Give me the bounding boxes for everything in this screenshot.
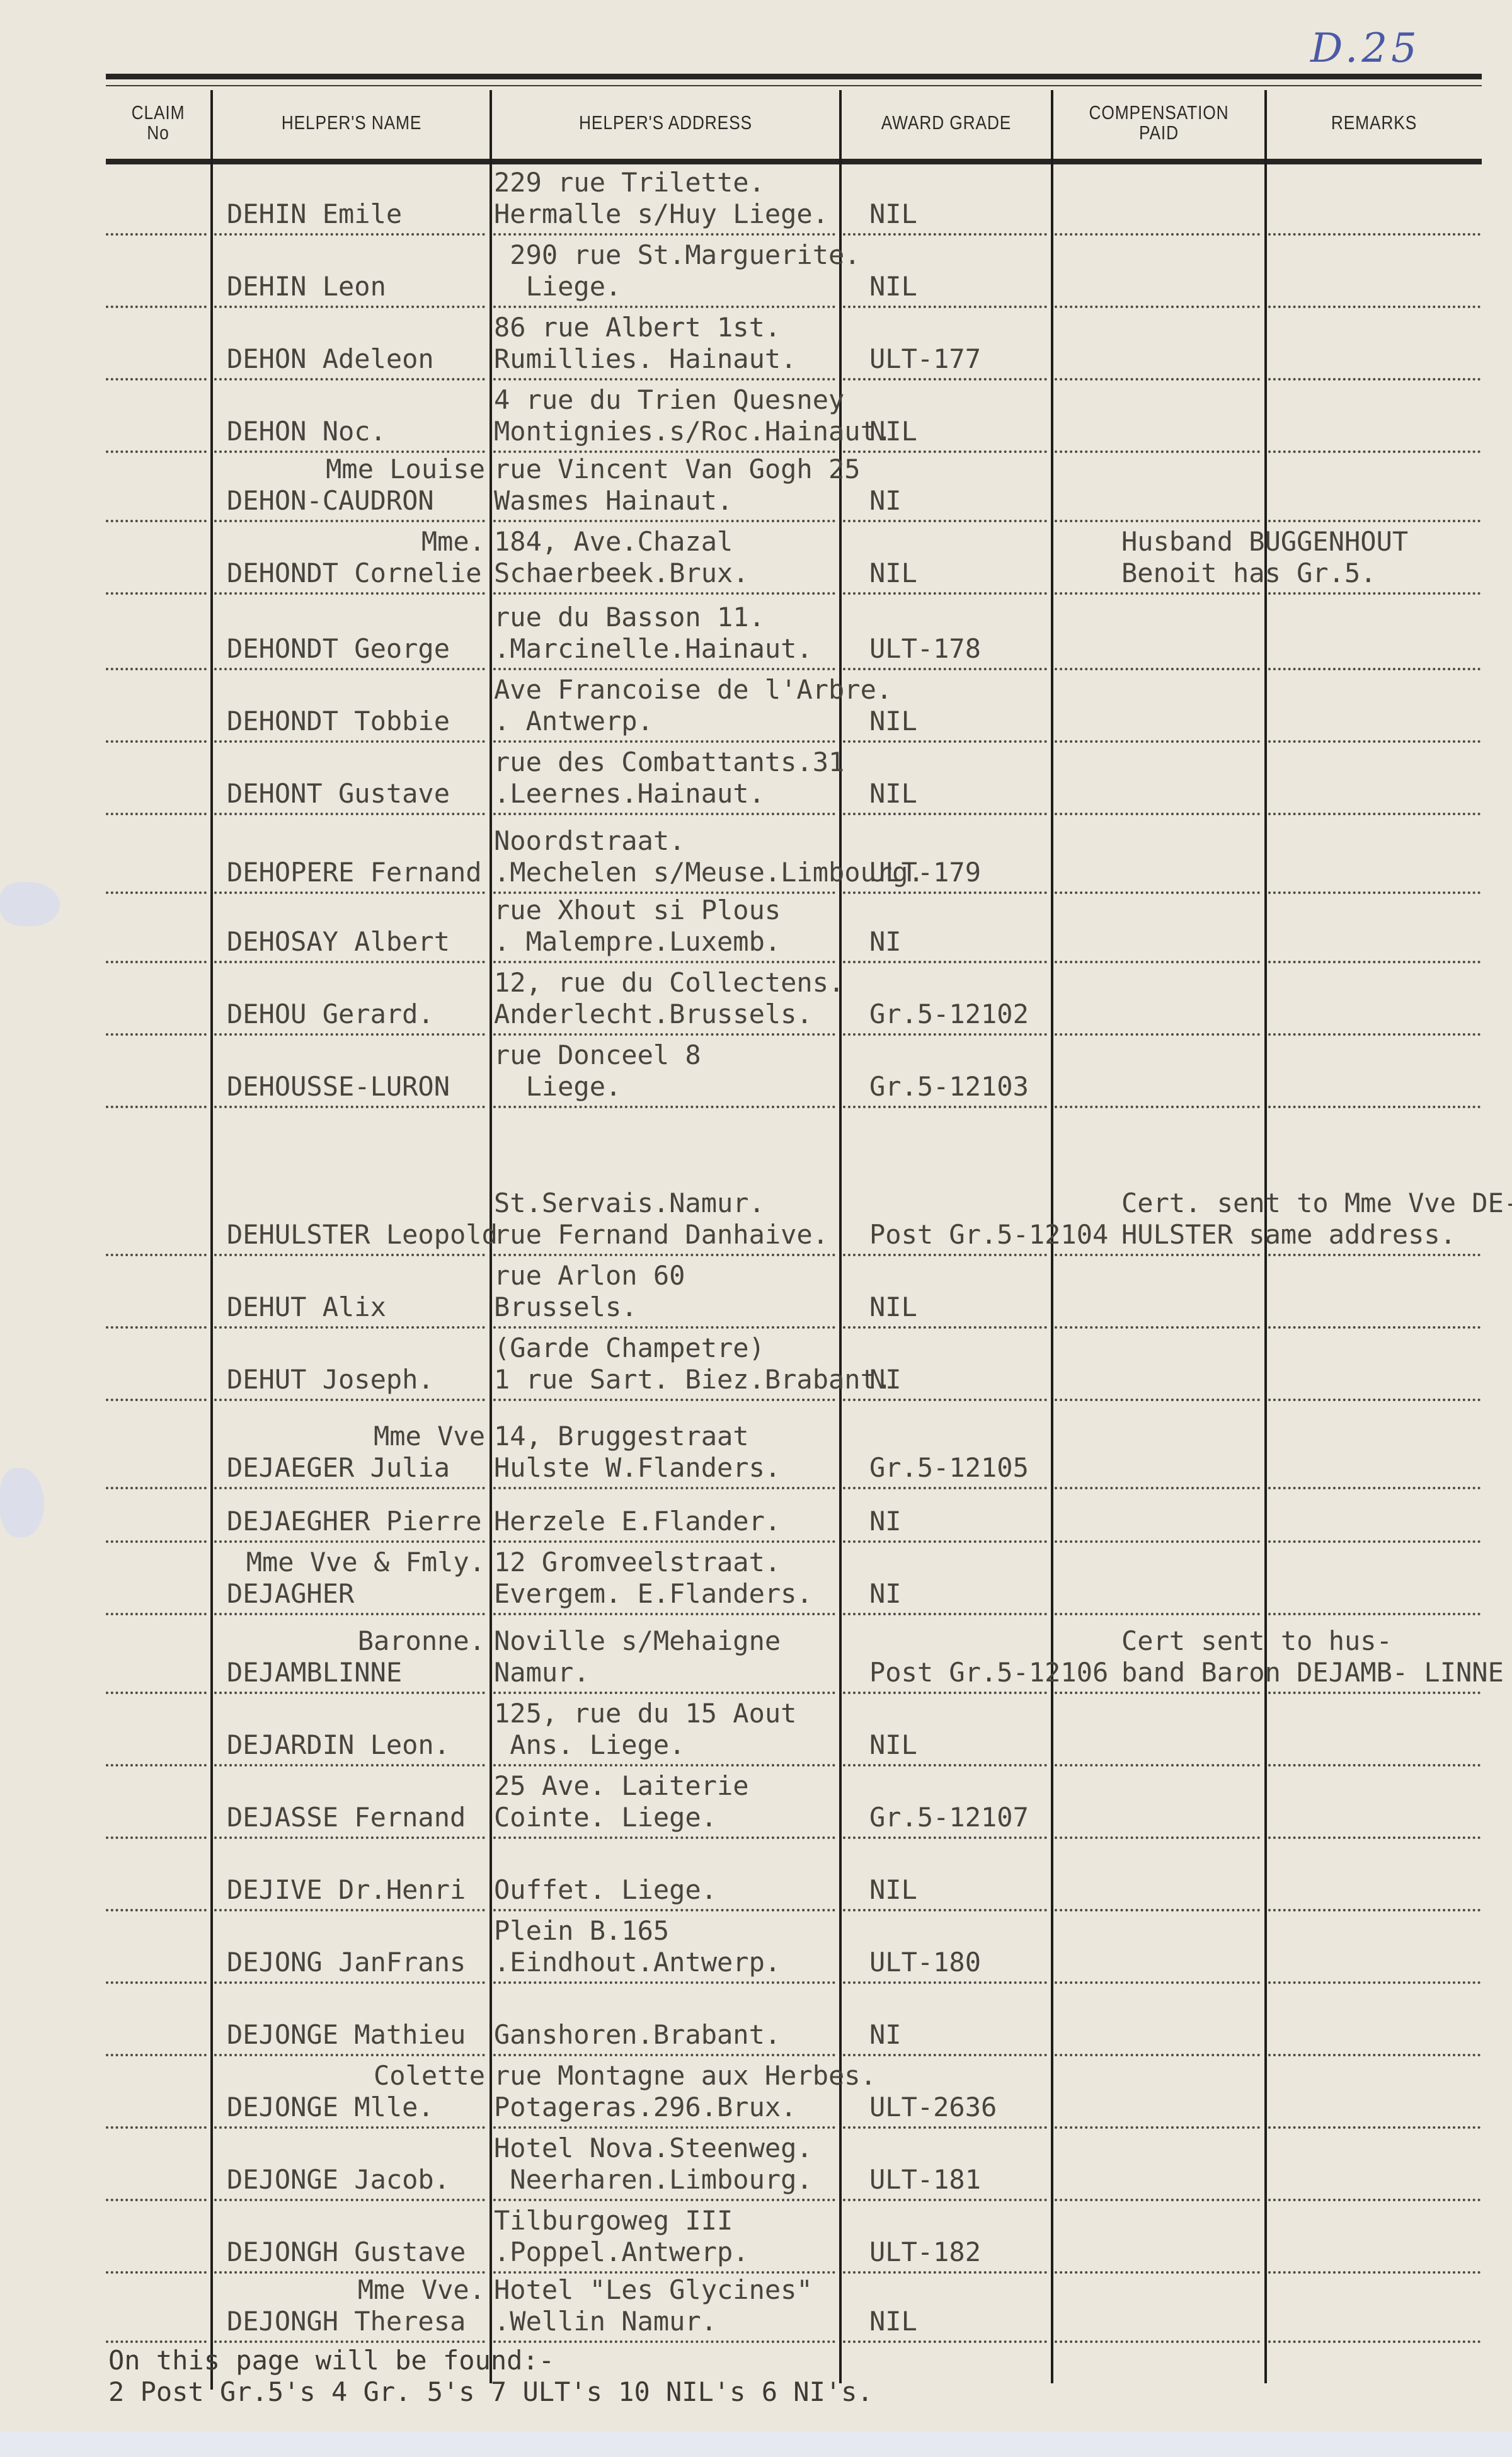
award-grade: NIL (869, 271, 917, 302)
row-separator (493, 2199, 835, 2201)
remarks-line1: Cert sent to hus- (1121, 1625, 1392, 1657)
helper-address-line2: .Poppel.Antwerp. (494, 2236, 749, 2268)
row-separator (1268, 450, 1480, 453)
helper-address-line1: 4 rue du Trien Quesney (494, 384, 844, 416)
helper-address-line2: Herzele E.Flander. (494, 1506, 781, 1537)
helper-address-line2: Liege. (494, 271, 621, 302)
row-separator (1055, 1764, 1260, 1767)
helper-name: DEJONGH Theresa (227, 2306, 466, 2337)
helper-name-prefix: Baronne. (227, 1625, 485, 1657)
scan-background (0, 2432, 1512, 2457)
helper-address-line1: rue Arlon 60 (494, 1260, 685, 1291)
row-separator (493, 961, 835, 963)
helper-address-line1: 12 Gromveelstraat. (494, 1547, 781, 1578)
row-separator (843, 668, 1047, 670)
row-separator (214, 2340, 485, 2343)
row-separator (493, 378, 835, 381)
row-separator (843, 740, 1047, 743)
row-separator (106, 1981, 207, 1984)
row-separator (843, 2054, 1047, 2056)
row-separator (214, 2054, 485, 2056)
row-separator (493, 891, 835, 894)
page-reference: D.25 (1310, 25, 1421, 72)
helper-name-prefix: Mme. (227, 526, 485, 558)
row-separator (106, 1326, 207, 1329)
row-separator (1055, 378, 1260, 381)
footer-summary-intro: On this page will be found:- (108, 2345, 554, 2376)
row-separator (1268, 306, 1480, 308)
helper-address-line2: Potageras.296.Brux. (494, 2092, 796, 2123)
helper-name: DEHOUSSE-LURON (227, 1071, 450, 1102)
row-separator (843, 1487, 1047, 1489)
row-separator (493, 306, 835, 308)
row-separator (214, 1540, 485, 1543)
row-separator (493, 2126, 835, 2129)
row-separator (1055, 592, 1260, 595)
row-separator (214, 1909, 485, 1911)
helper-name: DEJONGE Jacob. (227, 2164, 450, 2196)
row-separator (214, 891, 485, 894)
helper-address-line1: Noordstraat. (494, 825, 685, 857)
award-grade: Gr.5-12105 (869, 1452, 1029, 1484)
helper-name-prefix: Mme Vve (227, 1421, 485, 1452)
header-award-grade: AWARD GRADE (857, 88, 1035, 157)
row-separator (214, 1836, 485, 1839)
remarks-line2: HULSTER same address. (1121, 1219, 1456, 1251)
helper-address-line2: . Malempre.Luxemb. (494, 926, 781, 958)
row-separator (106, 2126, 207, 2129)
row-separator (214, 1399, 485, 1401)
row-separator (1055, 1613, 1260, 1615)
helper-name: DEJAMBLINNE (227, 1657, 402, 1688)
footer-summary-counts: 2 Post Gr.5's 4 Gr. 5's 7 ULT's 10 NIL's… (108, 2376, 873, 2408)
helper-address-line1: Noville s/Mehaigne (494, 1625, 781, 1657)
row-separator (214, 740, 485, 743)
row-separator (106, 2054, 207, 2056)
helper-name: DEJAEGHER Pierre (227, 1506, 482, 1537)
row-separator (493, 1106, 835, 1108)
helper-address-line1: rue Vincent Van Gogh 25 (494, 454, 861, 485)
award-grade: NI (869, 485, 902, 517)
helper-address-line2: Wasmes Hainaut. (494, 485, 733, 517)
row-separator (1055, 813, 1260, 815)
row-separator (106, 2199, 207, 2201)
remarks-line2: Benoit has Gr.5. (1121, 558, 1377, 589)
helper-address-line2: Ouffet. Liege. (494, 1874, 717, 1906)
row-separator (843, 378, 1047, 381)
award-grade: NI (869, 1364, 902, 1395)
helper-address-line1: 14, Bruggestraat (494, 1421, 749, 1452)
row-separator (493, 1254, 835, 1256)
helper-address-line1: Plein B.165 (494, 1915, 669, 1947)
row-separator (1055, 1033, 1260, 1036)
row-separator (214, 1033, 485, 1036)
row-separator (1055, 2054, 1260, 2056)
helper-name: DEJAGHER (227, 1578, 354, 1610)
row-separator (1268, 1692, 1480, 1694)
row-separator (106, 891, 207, 894)
helper-name: DEHON Adeleon (227, 343, 434, 375)
helper-name: DEHON Noc. (227, 416, 386, 447)
helper-name-prefix: Mme Vve. (227, 2274, 485, 2306)
award-grade: ULT-182 (869, 2236, 981, 2268)
row-separator (214, 1764, 485, 1767)
row-separator (106, 1399, 207, 1401)
row-separator (1268, 2271, 1480, 2274)
award-grade: NIL (869, 1291, 917, 1323)
row-separator (1055, 961, 1260, 963)
row-separator (843, 2271, 1047, 2274)
row-separator (493, 2271, 835, 2274)
row-separator (493, 1909, 835, 1911)
remarks-line1: Husband BUGGENHOUT (1121, 526, 1408, 558)
helper-address-line2: Brussels. (494, 1291, 638, 1323)
row-separator (1268, 378, 1480, 381)
helper-name: DEHONT Gustave (227, 778, 450, 810)
row-separator (493, 450, 835, 453)
row-separator (1268, 1981, 1480, 1984)
helper-name: DEHONDT George (227, 633, 450, 665)
helper-address-line1: rue Xhout si Plous (494, 895, 781, 926)
helper-name-prefix: Mme Vve & Fmly. (227, 1547, 485, 1578)
award-grade: ULT-179 (869, 857, 981, 888)
row-separator (214, 306, 485, 308)
row-separator (493, 1540, 835, 1543)
row-separator (493, 592, 835, 595)
row-separator (214, 1326, 485, 1329)
helper-address-line2: Ganshoren.Brabant. (494, 2019, 781, 2051)
row-separator (214, 2126, 485, 2129)
row-separator (1268, 2054, 1480, 2056)
helper-address-line1: rue du Basson 11. (494, 602, 765, 633)
row-separator (1055, 1399, 1260, 1401)
row-separator (493, 520, 835, 522)
row-separator (1268, 668, 1480, 670)
award-grade: NIL (869, 198, 917, 230)
row-separator (106, 1692, 207, 1694)
row-separator (493, 2340, 835, 2343)
row-separator (1268, 891, 1480, 894)
helper-address-line1: rue Donceel 8 (494, 1039, 701, 1071)
award-grade: NIL (869, 778, 917, 810)
row-separator (214, 520, 485, 522)
helper-address-line2: Anderlecht.Brussels. (494, 999, 813, 1030)
helper-address-line2: .Eindhout.Antwerp. (494, 1947, 781, 1978)
row-separator (843, 1540, 1047, 1543)
helper-name: DEHONDT Tobbie (227, 706, 450, 737)
remarks-line1: Cert. sent to Mme Vve DE- (1121, 1188, 1512, 1219)
helper-address-line1: Tilburgoweg III (494, 2205, 733, 2236)
row-separator (1268, 2126, 1480, 2129)
row-separator (1268, 1540, 1480, 1543)
row-separator (1268, 1836, 1480, 1839)
row-separator (1268, 233, 1480, 236)
helper-address-line2: .Marcinelle.Hainaut. (494, 633, 813, 665)
helper-name-prefix: Colette (227, 2060, 485, 2092)
helper-name: DEJONG JanFrans (227, 1947, 466, 1978)
row-separator (106, 306, 207, 308)
row-separator (106, 1764, 207, 1767)
row-separator (493, 1613, 835, 1615)
helper-address-line2: .Mechelen s/Meuse.Limbourg. (494, 857, 924, 888)
row-separator (843, 891, 1047, 894)
row-separator (1055, 2340, 1260, 2343)
helper-address-line1: 25 Ave. Laiterie (494, 1770, 749, 1802)
row-separator (493, 1326, 835, 1329)
row-separator (493, 233, 835, 236)
header-top-rule (106, 74, 1482, 79)
award-grade: ULT-178 (869, 633, 981, 665)
row-separator (1268, 592, 1480, 595)
row-separator (843, 2340, 1047, 2343)
helper-name: DEJARDIN Leon. (227, 1729, 450, 1761)
row-separator (214, 1613, 485, 1615)
row-separator (1268, 1254, 1480, 1256)
row-separator (1268, 1033, 1480, 1036)
row-separator (493, 1487, 835, 1489)
row-separator (1055, 1254, 1260, 1256)
remarks-line2: band Baron DEJAMB- LINNE same address (1121, 1657, 1512, 1688)
header-claim-no: CLAIM No (113, 88, 202, 157)
helper-name: DEJONGE Mathieu (227, 2019, 466, 2051)
award-grade: NIL (869, 1874, 917, 1906)
row-separator (843, 1326, 1047, 1329)
row-separator (843, 1909, 1047, 1911)
helper-address-line1: Ave Francoise de l'Arbre. (494, 674, 892, 706)
row-separator (843, 2126, 1047, 2129)
row-separator (1055, 1981, 1260, 1984)
helper-name: DEJAEGER Julia (227, 1452, 450, 1484)
row-separator (214, 961, 485, 963)
row-separator (843, 1033, 1047, 1036)
row-separator (1268, 1764, 1480, 1767)
award-grade: NIL (869, 706, 917, 737)
row-separator (214, 1981, 485, 1984)
row-separator (1268, 2199, 1480, 2201)
helper-address-line2: Rumillies. Hainaut. (494, 343, 796, 375)
row-separator (1268, 740, 1480, 743)
header-helper-name: HELPER'S NAME (234, 88, 469, 157)
award-grade: NIL (869, 416, 917, 447)
helper-name: DEHOU Gerard. (227, 999, 434, 1030)
row-separator (106, 233, 207, 236)
header-remarks: REMARKS (1283, 88, 1465, 157)
header-compensation-paid: COMPENSATION PAID (1069, 88, 1249, 157)
helper-address-line1: rue des Combattants.31 (494, 747, 844, 778)
helper-address-line2: Evergem. E.Flanders. (494, 1578, 813, 1610)
helper-address-line2: .Leernes.Hainaut. (494, 778, 765, 810)
row-separator (106, 378, 207, 381)
award-grade: Gr.5-12102 (869, 999, 1029, 1030)
helper-name: DEHIN Emile (227, 198, 402, 230)
row-separator (1268, 813, 1480, 815)
row-separator (1055, 306, 1260, 308)
helper-name: DEHOSAY Albert (227, 926, 450, 958)
helper-name: DEJASSE Fernand (227, 1802, 466, 1833)
row-separator (106, 1033, 207, 1036)
helper-name: DEJIVE Dr.Henri (227, 1874, 466, 1906)
helper-name: DEJONGE Mlle. (227, 2092, 434, 2123)
row-separator (1055, 1909, 1260, 1911)
row-separator (1268, 1613, 1480, 1615)
helper-address-line2: Hulste W.Flanders. (494, 1452, 781, 1484)
paper-tear (0, 1468, 44, 1537)
row-separator (843, 1399, 1047, 1401)
row-separator (843, 1836, 1047, 1839)
helper-name: DEJONGH Gustave (227, 2236, 466, 2268)
row-separator (214, 2199, 485, 2201)
row-separator (493, 813, 835, 815)
row-separator (493, 1399, 835, 1401)
helper-address-line1: 184, Ave.Chazal (494, 526, 733, 558)
helper-address-line1: 290 rue St.Marguerite. (494, 239, 861, 271)
row-separator (843, 1613, 1047, 1615)
award-grade: NI (869, 1578, 902, 1610)
helper-name: DEHUT Joseph. (227, 1364, 434, 1395)
header-top-thin-rule (106, 85, 1482, 86)
row-separator (214, 1487, 485, 1489)
helper-address-line2: Schaerbeek.Brux. (494, 558, 749, 589)
award-grade: Gr.5-12107 (869, 1802, 1029, 1833)
row-separator (214, 450, 485, 453)
row-separator (493, 668, 835, 670)
helper-address-line1: 86 rue Albert 1st. (494, 312, 781, 343)
row-separator (214, 1106, 485, 1108)
helper-address-line1: Hotel Nova.Steenweg. (494, 2133, 813, 2164)
helper-address-line1: rue Montagne aux Herbes. (494, 2060, 876, 2092)
helper-name: DEHONDT Cornelie (227, 558, 482, 589)
row-separator (843, 1764, 1047, 1767)
helper-address-line2: rue Fernand Danhaive. (494, 1219, 828, 1251)
header-bottom-rule (106, 159, 1482, 164)
row-separator (214, 1692, 485, 1694)
helper-address-line2: Montignies.s/Roc.Hainaut. (494, 416, 892, 447)
helper-name-prefix: Mme Louise (227, 454, 485, 485)
row-separator (106, 2340, 207, 2343)
row-separator (106, 1487, 207, 1489)
award-grade: Gr.5-12103 (869, 1071, 1029, 1102)
helper-address-line1: St.Servais.Namur. (494, 1188, 765, 1219)
row-separator (1268, 2340, 1480, 2343)
row-separator (493, 1692, 835, 1694)
award-grade: Post Gr.5-12106 (869, 1657, 1108, 1688)
row-separator (214, 592, 485, 595)
helper-address-line2: . Antwerp. (494, 706, 653, 737)
row-separator (843, 306, 1047, 308)
award-grade: Post Gr.5-12104 (869, 1219, 1108, 1251)
helper-address-line1: 229 rue Trilette. (494, 167, 765, 198)
helper-address-line1: Hotel "Les Glycines" (494, 2274, 813, 2306)
row-separator (843, 1981, 1047, 1984)
row-separator (106, 1836, 207, 1839)
award-grade: NI (869, 926, 902, 958)
paper-tear (0, 882, 60, 926)
helper-address-line2: 1 rue Sart. Biez.Brabant. (494, 1364, 892, 1395)
row-separator (1268, 520, 1480, 522)
award-grade: ULT-2636 (869, 2092, 997, 2123)
row-separator (1055, 1692, 1260, 1694)
row-separator (106, 520, 207, 522)
row-separator (106, 2271, 207, 2274)
row-separator (1268, 1909, 1480, 1911)
row-separator (1055, 1836, 1260, 1839)
row-separator (214, 1254, 485, 1256)
row-separator (106, 592, 207, 595)
row-separator (1055, 520, 1260, 522)
row-separator (1055, 1487, 1260, 1489)
row-separator (843, 592, 1047, 595)
row-separator (106, 1909, 207, 1911)
row-separator (1055, 2271, 1260, 2274)
row-separator (1055, 233, 1260, 236)
award-grade: NI (869, 1506, 902, 1537)
row-separator (214, 2271, 485, 2274)
row-separator (214, 378, 485, 381)
row-separator (1055, 450, 1260, 453)
row-separator (1055, 740, 1260, 743)
row-separator (1055, 668, 1260, 670)
row-separator (493, 1981, 835, 1984)
award-grade: ULT-177 (869, 343, 981, 375)
row-separator (843, 1106, 1047, 1108)
helper-address-line2: Hermalle s/Huy Liege. (494, 198, 828, 230)
row-separator (843, 1692, 1047, 1694)
award-grade: NIL (869, 2306, 917, 2337)
row-separator (1055, 1540, 1260, 1543)
row-separator (1268, 1106, 1480, 1108)
header-helper-address: HELPER'S ADDRESS (518, 88, 813, 157)
helper-name: DEHIN Leon (227, 271, 386, 302)
row-separator (106, 1106, 207, 1108)
helper-name: DEHUT Alix (227, 1291, 386, 1323)
row-separator (106, 668, 207, 670)
row-separator (843, 2199, 1047, 2201)
award-grade: NIL (869, 558, 917, 589)
row-separator (106, 450, 207, 453)
helper-address-line2: Cointe. Liege. (494, 1802, 717, 1833)
row-separator (843, 1254, 1047, 1256)
row-separator (843, 450, 1047, 453)
row-separator (106, 1613, 207, 1615)
row-separator (843, 961, 1047, 963)
row-separator (493, 2054, 835, 2056)
row-separator (493, 1033, 835, 1036)
helper-address-line1: 125, rue du 15 Aout (494, 1698, 796, 1729)
helper-name: DEHULSTER Leopold (227, 1219, 498, 1251)
row-separator (214, 813, 485, 815)
helper-name: DEHON-CAUDRON (227, 485, 434, 517)
row-separator (106, 1540, 207, 1543)
award-grade: ULT-181 (869, 2164, 981, 2196)
award-grade: NI (869, 2019, 902, 2051)
row-separator (1055, 2199, 1260, 2201)
helper-address-line2: Ans. Liege. (494, 1729, 685, 1761)
row-separator (1268, 961, 1480, 963)
row-separator (214, 233, 485, 236)
helper-name: DEHOPERE Fernand (227, 857, 482, 888)
helper-address-line1: (Garde Champetre) (494, 1332, 765, 1364)
row-separator (843, 233, 1047, 236)
helper-address-line2: Neerharen.Limbourg. (494, 2164, 813, 2196)
row-separator (106, 813, 207, 815)
row-separator (1268, 1326, 1480, 1329)
row-separator (214, 668, 485, 670)
award-grade: NIL (869, 1729, 917, 1761)
row-separator (1055, 1106, 1260, 1108)
helper-address-line1: 12, rue du Collectens. (494, 967, 844, 999)
row-separator (843, 520, 1047, 522)
helper-address-line2: Liege. (494, 1071, 621, 1102)
